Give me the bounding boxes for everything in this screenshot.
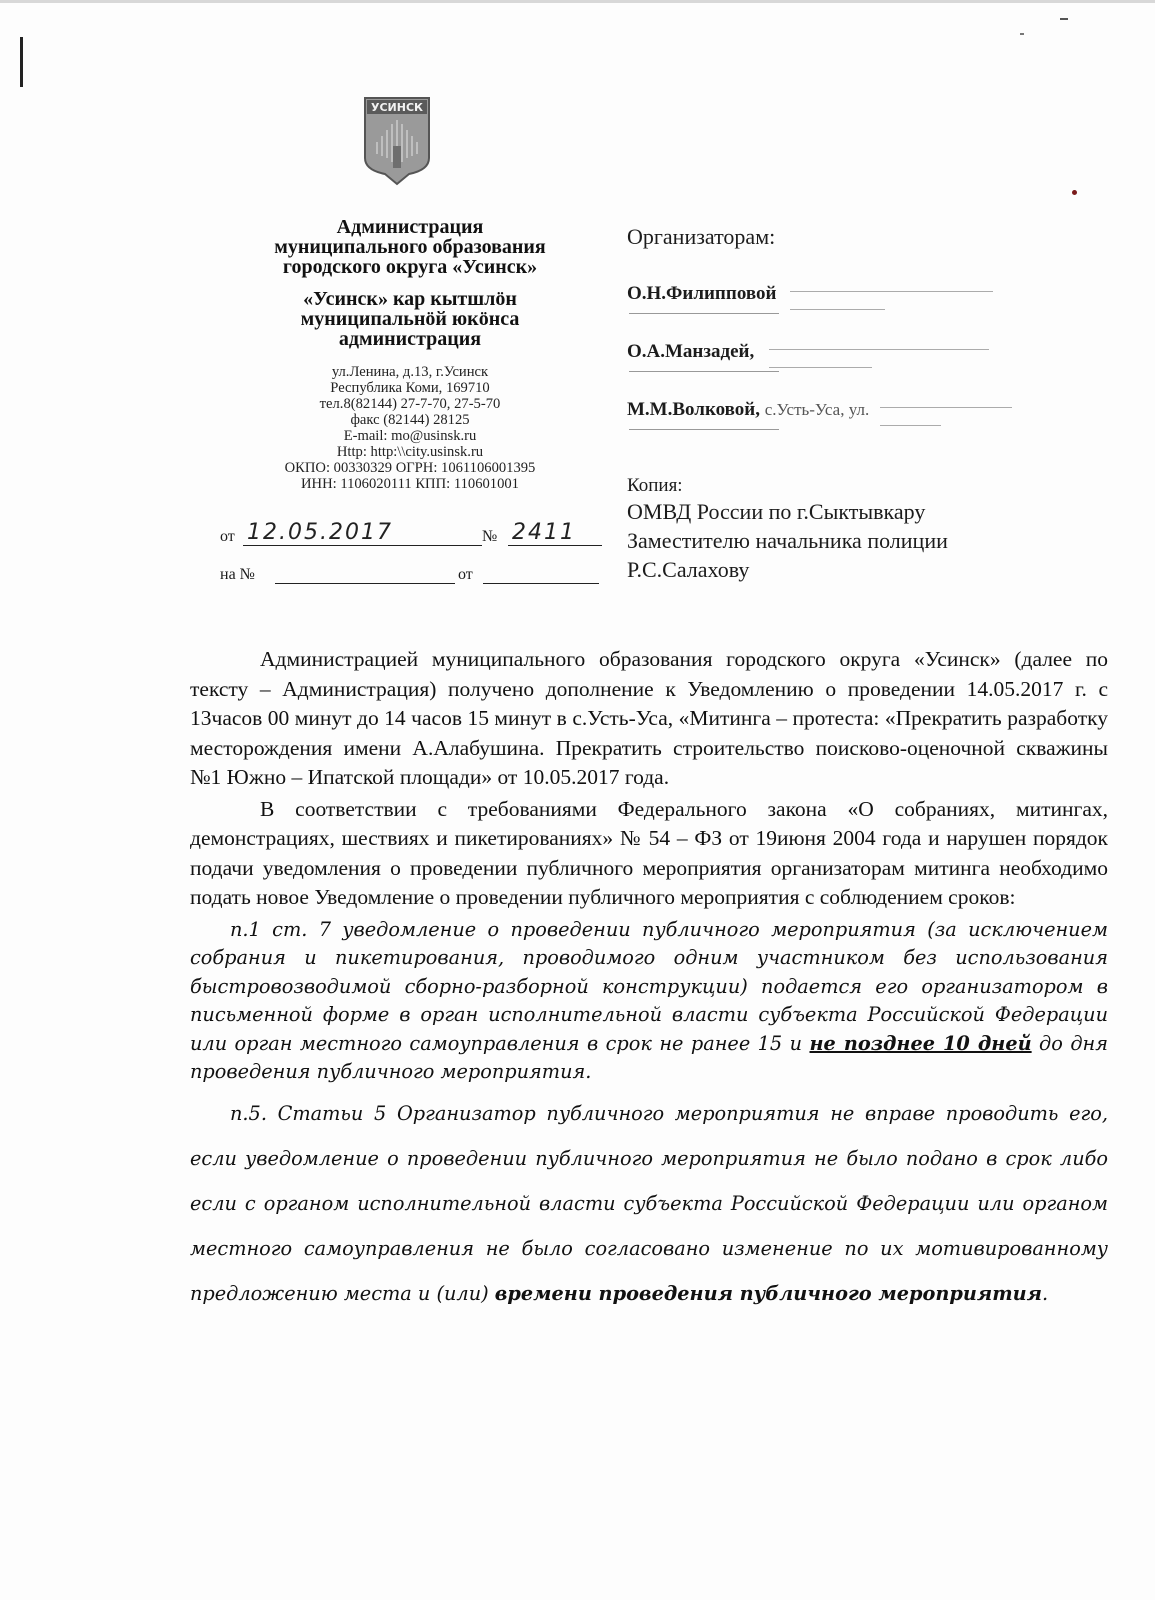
law-quote-art5: п.5. Статьи 5 Организатор публичного мер… bbox=[190, 1091, 1108, 1316]
recipient-name: М.М.Волковой, bbox=[627, 399, 760, 420]
body-paragraph: Администрацией муниципального образовани… bbox=[190, 645, 1108, 793]
copy-recipient-name: Р.С.Салахову bbox=[627, 555, 1107, 584]
svg-text:УСИНСК: УСИНСК bbox=[371, 101, 423, 114]
redacted-address-line bbox=[627, 425, 1107, 435]
okpo-ogrn: ОКПО: 00330329 ОГРН: 1061106001395 bbox=[215, 460, 605, 476]
org-name-komi: «Усинск» кар кытшлӧн муниципальнӧй юкӧнс… bbox=[215, 289, 605, 349]
copy-recipient-org: ОМВД России по г.Сыктывкару bbox=[627, 497, 1107, 526]
letter-body: Администрацией муниципального образовани… bbox=[190, 645, 1108, 1316]
redacted-address bbox=[781, 288, 1011, 302]
handwritten-number: 2411 bbox=[508, 521, 602, 546]
redacted-address-line bbox=[627, 367, 1107, 377]
inn-kpp: ИНН: 1106020111 КПП: 110601001 bbox=[215, 476, 605, 492]
reply-to-line: на № от bbox=[215, 562, 600, 588]
redacted-address bbox=[874, 404, 1024, 418]
recipients-block: Организаторам: О.Н.Филипповой О.А.Манзад… bbox=[627, 225, 1107, 435]
org-contact-details: ул.Ленина, д.13, г.Усинск Республика Ком… bbox=[215, 364, 605, 492]
org-name-line: городского округа «Усинск» bbox=[215, 257, 605, 277]
quote-emphasis: времени проведения публичного мероприяти… bbox=[495, 1282, 1042, 1305]
letterhead-org-block: Администрация муниципального образования… bbox=[215, 217, 605, 492]
handwritten-date: 12.05.2017 bbox=[243, 521, 482, 546]
date-label: от bbox=[220, 528, 235, 546]
recipient-item: О.А.Манзадей, bbox=[627, 341, 1107, 377]
redacted-address bbox=[759, 346, 1009, 360]
fax: факс (82144) 28125 bbox=[215, 412, 605, 428]
quote-text: . bbox=[1042, 1282, 1048, 1305]
address-region: Республика Коми, 169710 bbox=[215, 380, 605, 396]
redacted-address-line bbox=[627, 309, 1107, 319]
scan-speck bbox=[1020, 33, 1024, 35]
org-name-komi-line: «Усинск» кар кытшлӧн bbox=[215, 289, 605, 309]
quote-text: п.5. Статьи 5 Организатор публичного мер… bbox=[190, 1102, 1108, 1305]
law-quote-block: п.1 ст. 7 уведомление о проведении публи… bbox=[190, 916, 1108, 1316]
scan-speck bbox=[1072, 190, 1077, 195]
reply-date-blank bbox=[483, 565, 599, 584]
quote-emphasis: не позднее 10 дней bbox=[809, 1032, 1031, 1055]
copy-recipient-title: Заместителю начальника полиции bbox=[627, 526, 1107, 555]
phone: тел.8(82144) 27-7-70, 27-5-70 bbox=[215, 396, 605, 412]
website: Http: http:\\city.usinsk.ru bbox=[215, 444, 605, 460]
registration-line: от 12.05.2017 № 2411 bbox=[215, 520, 600, 550]
recipient-name: О.А.Манзадей, bbox=[627, 341, 754, 362]
org-name-ru: Администрация муниципального образования… bbox=[215, 217, 605, 277]
org-name-line: Администрация bbox=[215, 217, 605, 237]
law-quote-art7: п.1 ст. 7 уведомление о проведении публи… bbox=[190, 916, 1108, 1087]
org-name-line: муниципального образования bbox=[215, 237, 605, 257]
reply-date-label: от bbox=[458, 566, 473, 584]
copy-label: Копия: bbox=[627, 475, 1107, 497]
recipient-item: О.Н.Филипповой bbox=[627, 283, 1107, 319]
recipient-name: О.Н.Филипповой bbox=[627, 283, 776, 304]
scan-speck bbox=[1060, 18, 1068, 20]
recipients-heading: Организаторам: bbox=[627, 225, 1107, 249]
org-name-komi-line: муниципальнӧй юкӧнса bbox=[215, 309, 605, 329]
coat-of-arms-icon: УСИНСК bbox=[362, 96, 432, 186]
body-paragraph: В соответствии с требованиями Федерально… bbox=[190, 795, 1108, 913]
number-label: № bbox=[482, 528, 497, 546]
margin-mark bbox=[20, 37, 23, 87]
org-name-komi-line: администрация bbox=[215, 329, 605, 349]
email: E-mail: mo@usinsk.ru bbox=[215, 428, 605, 444]
recipient-partial-address: с.Усть-Уса, ул. bbox=[765, 400, 869, 419]
reply-number-label: на № bbox=[220, 566, 255, 584]
address-street: ул.Ленина, д.13, г.Усинск bbox=[215, 364, 605, 380]
reply-number-blank bbox=[275, 565, 455, 584]
recipient-item: М.М.Волковой, с.Усть-Уса, ул. bbox=[627, 399, 1107, 435]
scan-top-edge bbox=[0, 0, 1155, 3]
copy-block: Копия: ОМВД России по г.Сыктывкару Замес… bbox=[627, 475, 1107, 584]
